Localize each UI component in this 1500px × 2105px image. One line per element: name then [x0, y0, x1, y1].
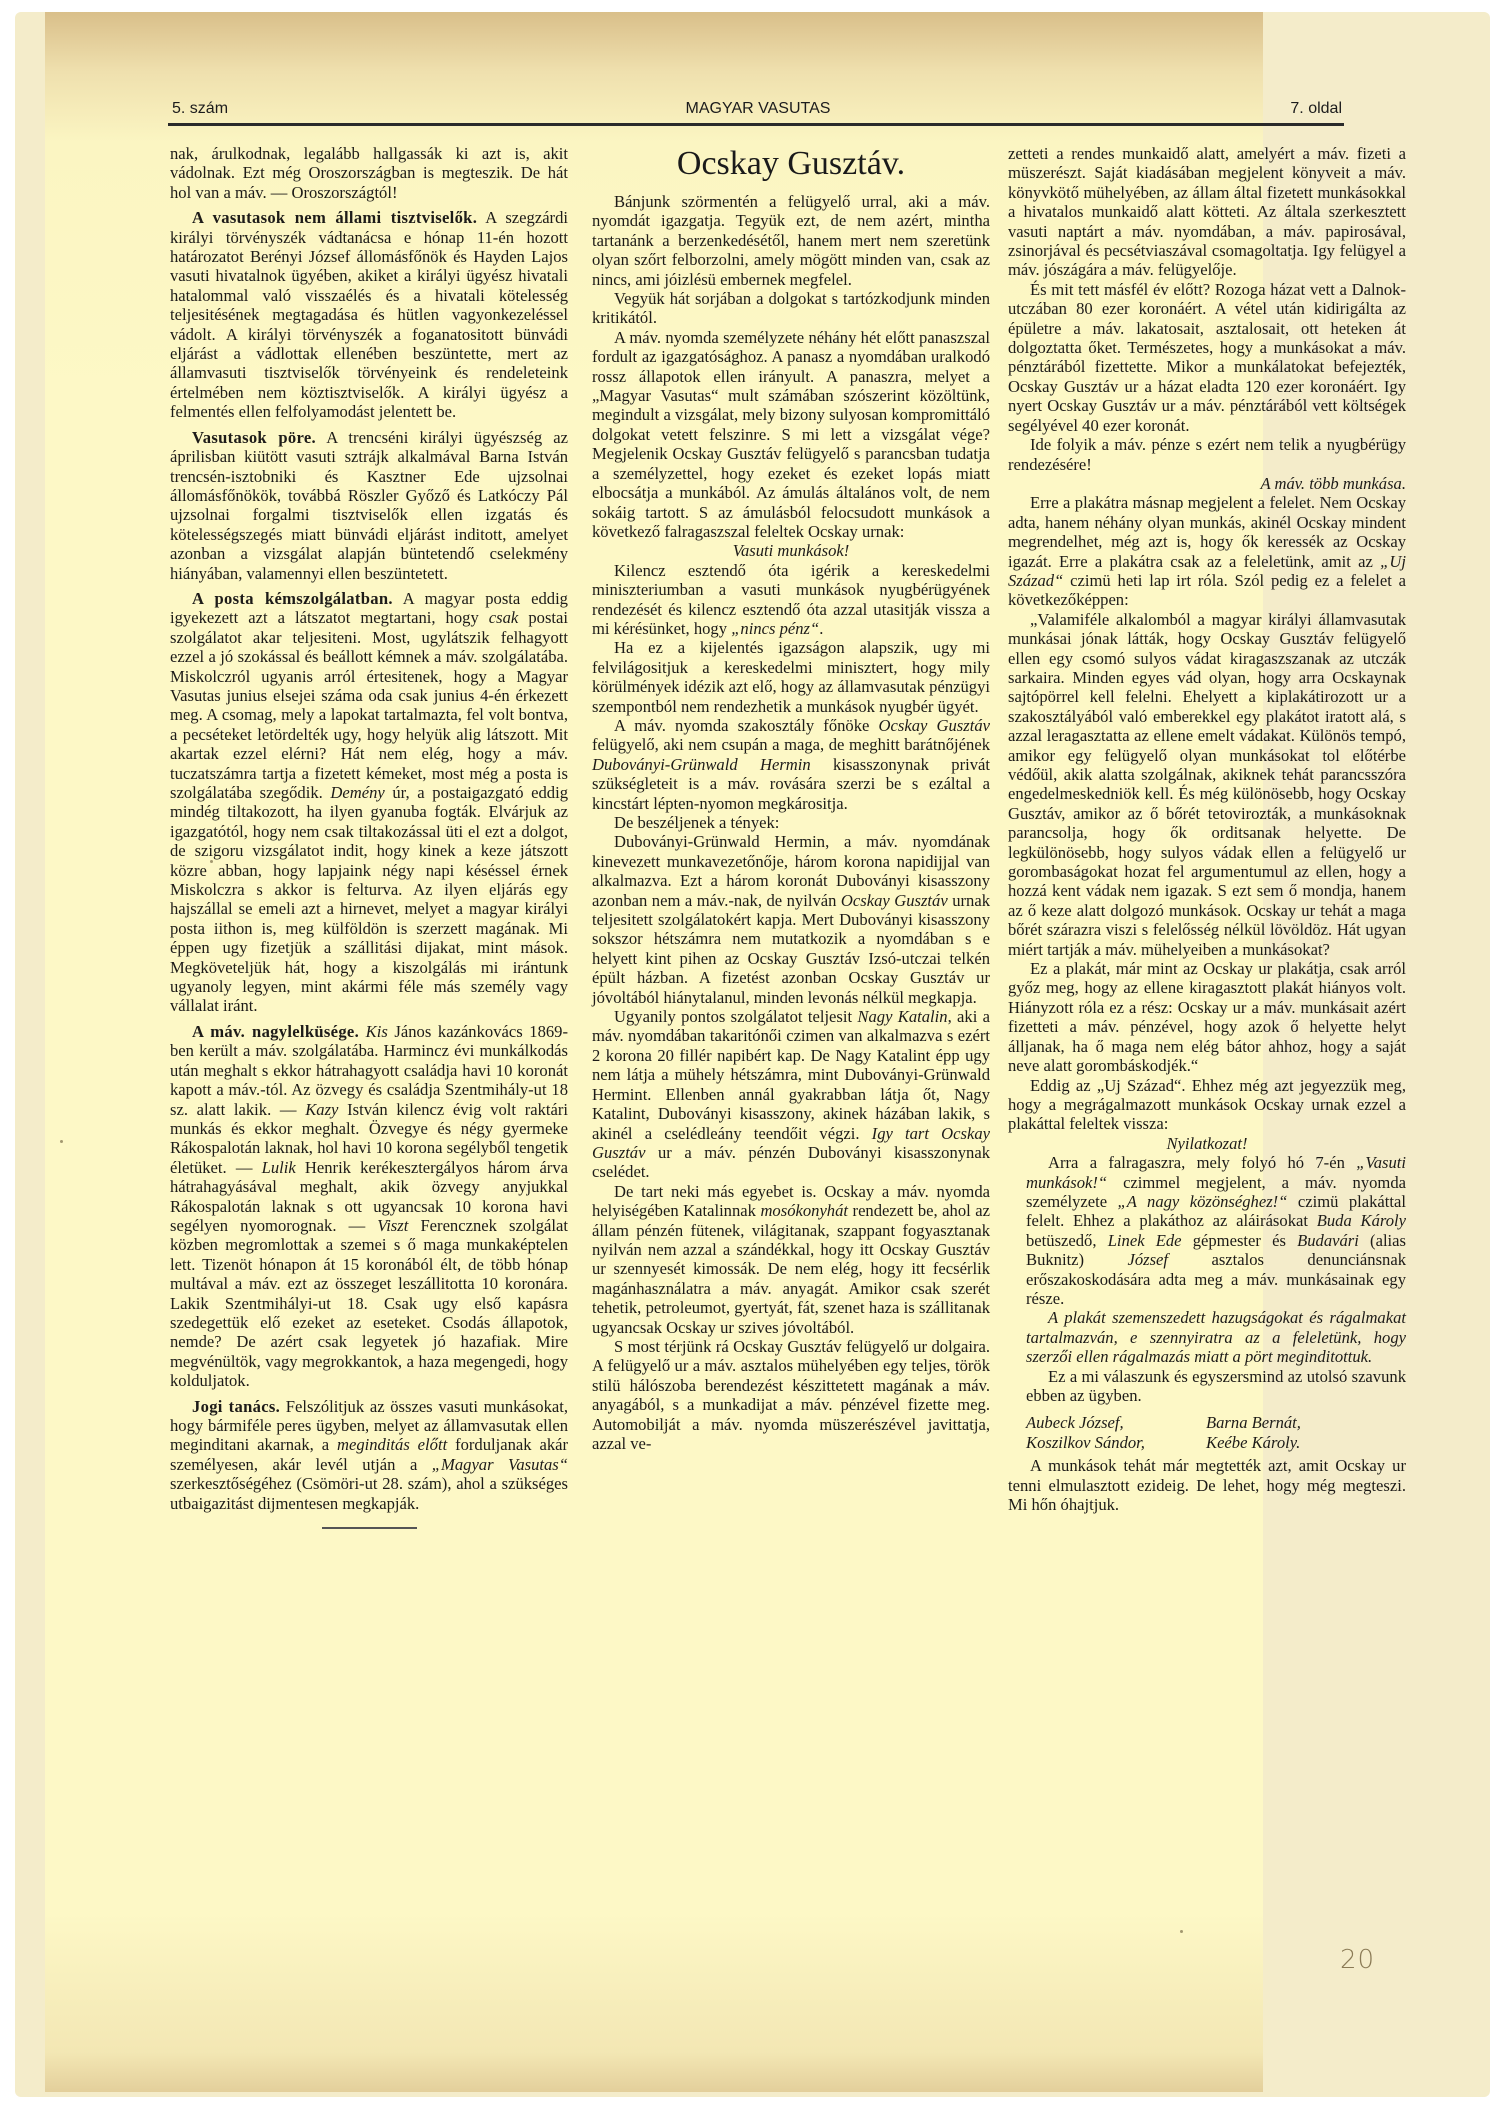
- paragraph: Bánjunk szörmentén a felügyelő urral, ak…: [592, 192, 990, 289]
- quoted-paragraph: Ez a plakát, már mint az Ocskay ur plaká…: [1008, 959, 1406, 1075]
- page-header: 5. szám MAGYAR VASUTAS 7. oldal: [168, 96, 1348, 126]
- paragraph: De tart neki más egyebet is. Ocskay a má…: [592, 1182, 990, 1337]
- column-3: zetteti a rendes munkaidő alatt, amelyér…: [1008, 144, 1406, 1514]
- section-end-rule: [322, 1527, 417, 1529]
- declaration-paragraph: Ez a mi válaszunk és egyszersmind az uto…: [1026, 1367, 1406, 1406]
- paragraph: Ugyanily pontos szolgálatot teljesit Nag…: [592, 1007, 990, 1182]
- column-1: nak, árulkodnak, legalább hallgassák ki …: [170, 144, 568, 1529]
- masthead: MAGYAR VASUTAS: [168, 100, 1348, 118]
- news-item-jogi-tanacs: Jogi tanács. Felszólitjuk az összes vasu…: [170, 1397, 568, 1513]
- handwritten-page-note: 20: [1340, 1945, 1375, 1975]
- news-headline: A vasutasok nem állami tisztviselők.: [192, 208, 477, 227]
- news-item-mav-nagylelkusege: A máv. nagylelküsége. Kis János kazánkov…: [170, 1022, 568, 1391]
- header-rule: [168, 123, 1344, 126]
- paragraph: zetteti a rendes munkaidő alatt, amelyér…: [1008, 144, 1406, 280]
- signature: Aubeck József,: [1026, 1413, 1206, 1432]
- quoted-paragraph: „Valamiféle alkalomból a magyar királyi …: [1008, 610, 1406, 959]
- paragraph: A máv. nyomda személyzete néhány hét elő…: [592, 328, 990, 541]
- news-item-vasutasok-pore: Vasutasok pöre. A trencséni királyi ügyé…: [170, 428, 568, 583]
- news-headline: A posta kémszolgálatban.: [192, 589, 393, 608]
- declaration-paragraph: Arra a falragaszra, mely folyó hó 7-én „…: [1026, 1153, 1406, 1308]
- signature: Keébe Károly.: [1206, 1433, 1386, 1452]
- paragraph: Kilencz esztendő óta igérik a kereskedel…: [592, 561, 990, 639]
- paragraph: Eddig az „Uj Század“. Ehhez még azt jegy…: [1008, 1076, 1406, 1134]
- paragraph: Ha ez a kijelentés igazságon alapszik, u…: [592, 638, 990, 716]
- declaration-title: Nyilatkozat!: [1008, 1134, 1406, 1153]
- poster-signature: A máv. több munkása.: [1008, 474, 1406, 493]
- paragraph: És mit tett másfél év előtt? Rozoga háza…: [1008, 280, 1406, 435]
- news-headline: A máv. nagylelküsége.: [192, 1022, 359, 1041]
- paragraph: Duboványi-Grünwald Hermin, a máv. nyomdá…: [592, 832, 990, 1007]
- paragraph: Ide folyik a máv. pénze s ezért nem teli…: [1008, 435, 1406, 474]
- scan-speck: [210, 860, 213, 863]
- paragraph: Erre a plakátra másnap megjelent a felel…: [1008, 493, 1406, 609]
- news-headline: Vasutasok pöre.: [192, 428, 316, 447]
- column-2: Ocskay Gusztáv. Bánjunk szörmentén a fel…: [592, 144, 990, 1453]
- paragraph: Vegyük hát sorjában a dolgokat s tartózk…: [592, 289, 990, 328]
- scan-speck: [1180, 1930, 1183, 1933]
- signature: Barna Bernát,: [1206, 1413, 1386, 1432]
- paragraph: A máv. nyomda szakosztály főnöke Ocskay …: [592, 716, 990, 813]
- news-item-vasutasok-tisztviselok: A vasutasok nem állami tisztviselők. A s…: [170, 208, 568, 421]
- news-item-posta-kemszolgalat: A posta kémszolgálatban. A magyar posta …: [170, 589, 568, 1016]
- article-title: Ocskay Gusztáv.: [592, 144, 990, 184]
- poster-title: Vasuti munkások!: [592, 541, 990, 560]
- paragraph: nak, árulkodnak, legalább hallgassák ki …: [170, 144, 568, 202]
- paragraph: S most térjünk rá Ocskay Gusztáv felügye…: [592, 1337, 990, 1453]
- closing-paragraph: A munkások tehát már megtették azt, amit…: [1008, 1456, 1406, 1514]
- news-headline: Jogi tanács.: [192, 1397, 280, 1416]
- page-number: 7. oldal: [1290, 100, 1342, 118]
- declaration-paragraph: A plakát szemenszedett hazugságokat és r…: [1026, 1308, 1406, 1366]
- scan-speck: [60, 1140, 63, 1143]
- paragraph: De beszéljenek a tények:: [592, 813, 990, 832]
- signature: Koszilkov Sándor,: [1026, 1433, 1206, 1452]
- signature-block: Aubeck József,Barna Bernát, Koszilkov Sá…: [1026, 1413, 1406, 1452]
